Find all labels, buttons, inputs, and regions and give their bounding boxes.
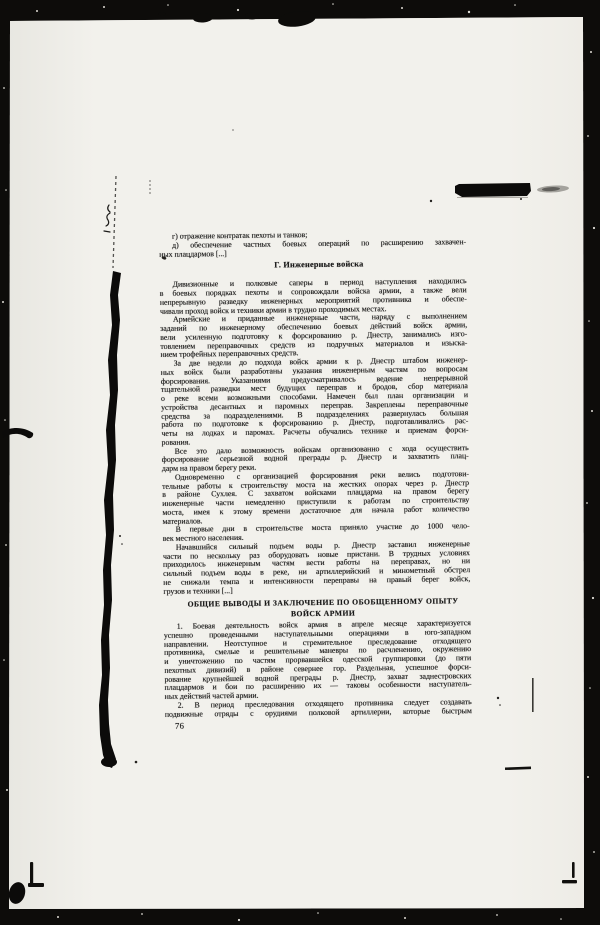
text-line: подвижные отряды с орудиями полковой арт…: [165, 707, 472, 720]
text-block: г) отражение контратак пехоты и танков;д…: [159, 229, 472, 731]
paragraph: Армейские и приданные инженерные части, …: [160, 312, 468, 359]
section-heading: Г. Инженерные войска: [159, 258, 466, 272]
paragraph: Одновременно с организацией форсирования…: [162, 470, 470, 526]
section-heading: ОБЩИЕ ВЫВОДЫ И ЗАКЛЮЧЕНИЕ ПО ОБОБЩЕННОМУ…: [163, 596, 470, 621]
paragraph: Начавшийся сильный подъем воды р. Днестр…: [163, 540, 471, 596]
paragraph: 2. В период преследования отходящего про…: [165, 698, 472, 719]
text-line: Г. Инженерные войска: [165, 258, 472, 272]
paragraph: Дивизионные и полковые саперы в период н…: [160, 277, 467, 316]
paragraph: За две недели до подхода войск армии к р…: [161, 356, 469, 447]
paragraph: г) отражение контратак пехоты и танков;д…: [159, 229, 466, 259]
paragraph: 1. Боевая деятельность войск армия в апр…: [164, 619, 472, 701]
